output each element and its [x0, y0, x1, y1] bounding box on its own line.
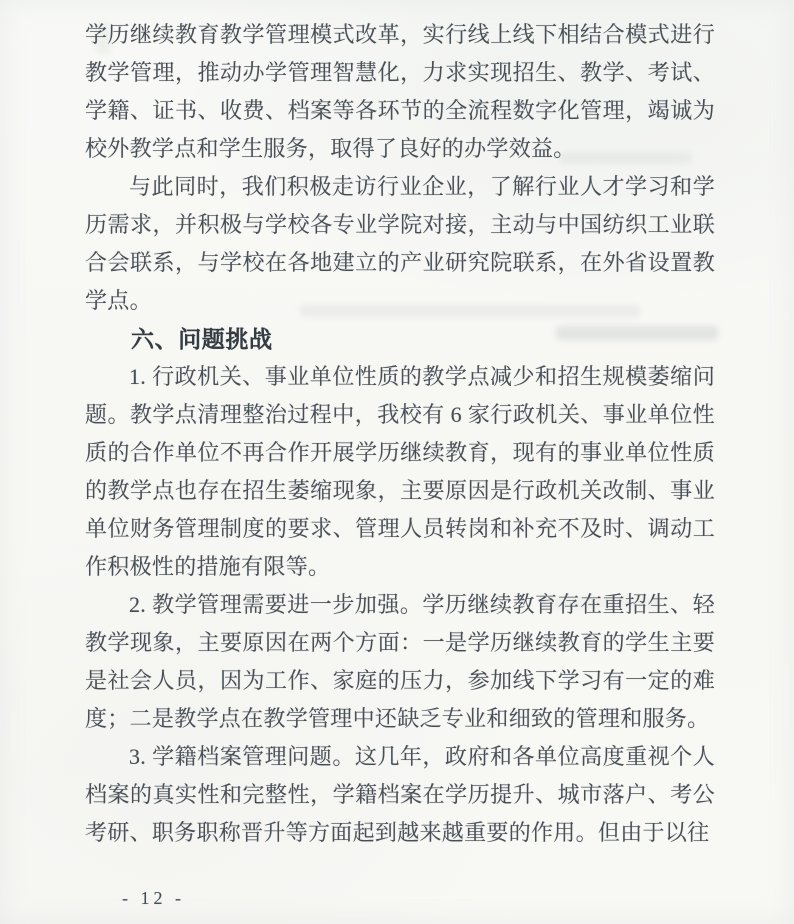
section-heading: 六、问题挑战: [85, 320, 715, 358]
body-paragraph: 2. 教学管理需要进一步加强。学历继续教育存在重招生、轻教学现象，主要原因在两个…: [85, 586, 715, 738]
text-block: 学历继续教育教学管理模式改革，实行线上线下相结合模式进行教学管理，推动办学管理智…: [85, 16, 715, 852]
body-paragraph: 1. 行政机关、事业单位性质的教学点减少和招生规模萎缩问题。教学点清理整治过程中…: [85, 358, 715, 586]
body-paragraph: 3. 学籍档案管理问题。这几年，政府和各单位高度重视个人档案的真实性和完整性，学…: [85, 738, 715, 852]
body-paragraph: 学历继续教育教学管理模式改革，实行线上线下相结合模式进行教学管理，推动办学管理智…: [85, 16, 715, 168]
document-page: 学历继续教育教学管理模式改革，实行线上线下相结合模式进行教学管理，推动办学管理智…: [0, 0, 794, 924]
page-number: - 12 -: [122, 888, 185, 909]
body-paragraph: 与此同时，我们积极走访行业企业，了解行业人才学习和学历需求，并积极与学校各专业学…: [85, 168, 715, 320]
